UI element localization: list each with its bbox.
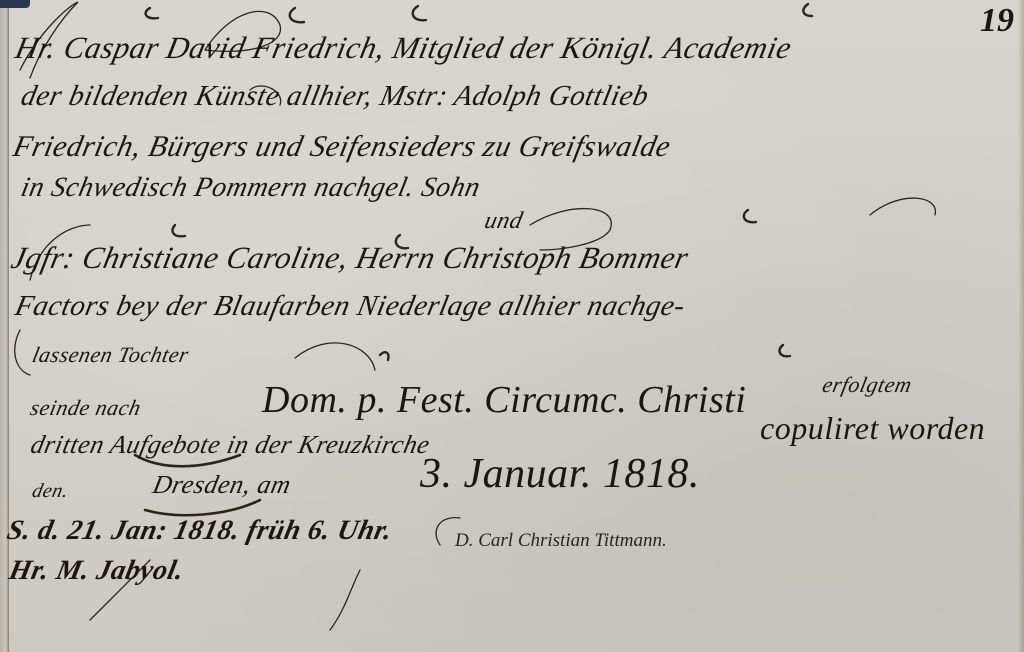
register-line-8: lassenen Tochter [30, 342, 191, 368]
register-line-2: der bildenden Künste allhier, Mstr: Adol… [18, 80, 652, 113]
page-edge-shadow [1018, 0, 1024, 652]
page-number: 19 [980, 2, 1014, 40]
register-line-10-a: dritten Aufgebote in der Kreuzkirche [28, 430, 433, 460]
register-line-11-b: Dresden, am [150, 470, 294, 500]
register-line-7: Factors bey der Blaufarben Niederlage al… [12, 290, 688, 323]
register-line-9-b: Dom. p. Fest. Circumc. Christi [262, 378, 746, 422]
register-line-4: in Schwedisch Pommern nachgel. Sohn [18, 172, 483, 204]
register-line-und: und [482, 208, 525, 235]
margin-note-burial-date: S. d. 21. Jan: 1818. früh 6. Uhr. [4, 515, 395, 547]
register-line-11-c: 3. Januar. 1818. [420, 450, 700, 498]
manuscript-page: 19 Hr. Caspar David Friedrich, Mitglied … [0, 0, 1024, 652]
register-line-9-c: erfolgtem [820, 372, 914, 398]
register-line-3: Friedrich, Bürgers und Seifensieders zu … [10, 130, 674, 164]
pastor-signature: D. Carl Christian Tittmann. [455, 530, 667, 552]
book-cover-corner [0, 0, 30, 8]
margin-note-officiant: Hr. M. Jabyol. [6, 555, 187, 587]
register-line-1: Hr. Caspar David Friedrich, Mitglied der… [12, 30, 795, 66]
register-line-10-b: copuliret worden [760, 410, 985, 447]
register-line-6: Jgfr: Christiane Caroline, Herrn Christo… [8, 240, 692, 276]
register-line-9-a: seinde nach [28, 395, 143, 421]
book-binding-edge [0, 0, 9, 652]
register-line-11-a: den. [30, 480, 71, 503]
